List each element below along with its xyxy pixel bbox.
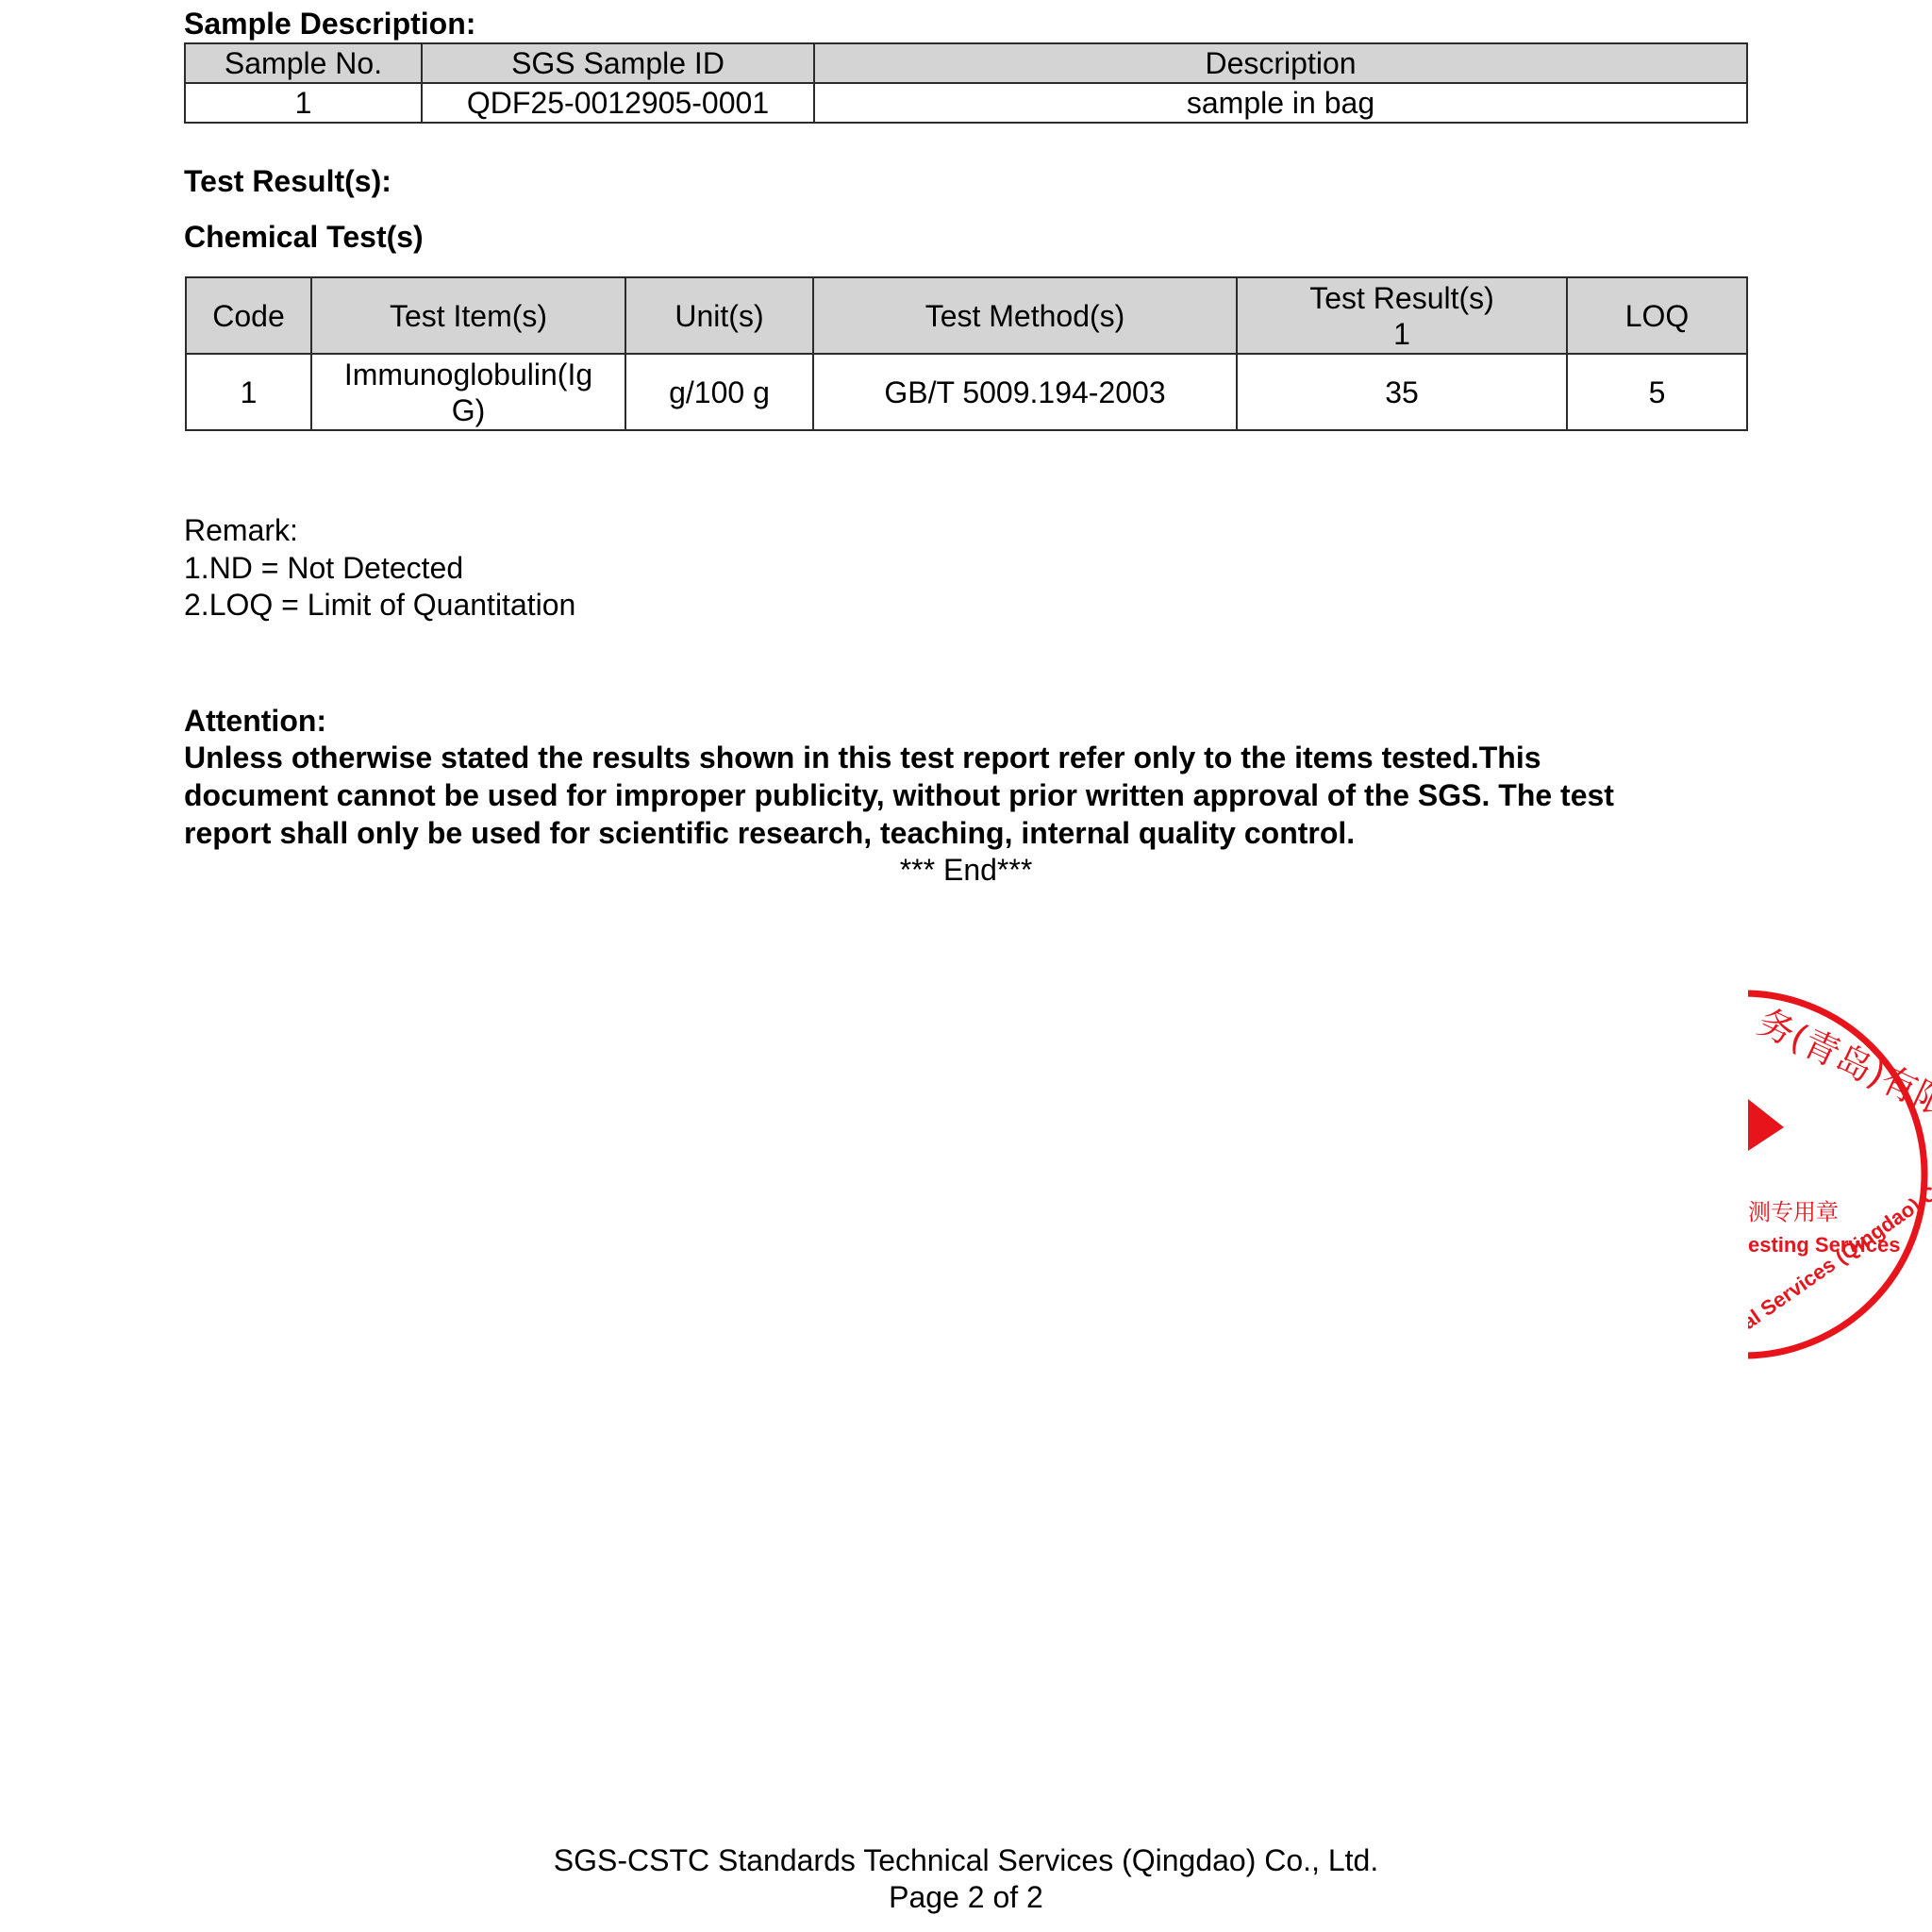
cell-test-item-line1: Immunoglobulin(Ig	[312, 357, 625, 392]
footer-company: SGS-CSTC Standards Technical Services (Q…	[0, 1841, 1932, 1879]
col-test-method: Test Method(s)	[813, 277, 1237, 354]
sample-description-heading: Sample Description:	[184, 6, 475, 42]
sample-description-table: Sample No. SGS Sample ID Description 1 Q…	[184, 42, 1748, 124]
chemical-test-table: Code Test Item(s) Unit(s) Test Method(s)…	[185, 276, 1748, 431]
col-test-result: Test Result(s) 1	[1237, 277, 1567, 354]
cell-sample-no: 1	[185, 83, 422, 123]
test-results-heading: Test Result(s):	[184, 163, 391, 199]
col-test-result-label: Test Result(s)	[1238, 280, 1566, 316]
col-test-result-sample: 1	[1238, 316, 1566, 352]
cell-code: 1	[186, 354, 311, 430]
attention-title: Attention:	[184, 703, 326, 739]
table-row: 1 Immunoglobulin(Ig G) g/100 g GB/T 5009…	[186, 354, 1747, 430]
footer-page-number: Page 2 of 2	[0, 1878, 1932, 1916]
remark-title: Remark:	[184, 511, 298, 549]
cell-test-item: Immunoglobulin(Ig G)	[311, 354, 625, 430]
table-header-row: Code Test Item(s) Unit(s) Test Method(s)…	[186, 277, 1747, 354]
col-code: Code	[186, 277, 311, 354]
remark-item: 1.ND = Not Detected	[184, 549, 463, 587]
attention-line: report shall only be used for scientific…	[184, 814, 1769, 852]
col-description: Description	[814, 43, 1747, 83]
col-sample-no: Sample No.	[185, 43, 422, 83]
company-seal-stamp: 务(青岛)有限公司 测专用章 esting Services al Servic…	[1748, 986, 1932, 1363]
cell-loq: 5	[1567, 354, 1747, 430]
attention-line: document cannot be used for improper pub…	[184, 776, 1769, 814]
table-header-row: Sample No. SGS Sample ID Description	[185, 43, 1747, 83]
table-row: 1 QDF25-0012905-0001 sample in bag	[185, 83, 1747, 123]
cell-test-method: GB/T 5009.194-2003	[813, 354, 1237, 430]
col-sgs-sample-id: SGS Sample ID	[422, 43, 814, 83]
cell-description: sample in bag	[814, 83, 1747, 123]
col-test-item: Test Item(s)	[311, 277, 625, 354]
end-marker: *** End***	[0, 851, 1932, 889]
remark-item: 2.LOQ = Limit of Quantitation	[184, 586, 575, 624]
seal-icon: 务(青岛)有限公司 测专用章 esting Services al Servic…	[1748, 986, 1932, 1363]
cell-test-result: 35	[1237, 354, 1567, 430]
col-loq: LOQ	[1567, 277, 1747, 354]
col-unit: Unit(s)	[625, 277, 813, 354]
cell-sgs-sample-id: QDF25-0012905-0001	[422, 83, 814, 123]
attention-line: Unless otherwise stated the results show…	[184, 739, 1769, 776]
cell-test-item-line2: G)	[312, 392, 625, 428]
chemical-tests-heading: Chemical Test(s)	[184, 219, 424, 255]
seal-center-cn: 测专用章	[1748, 1199, 1839, 1225]
cell-unit: g/100 g	[625, 354, 813, 430]
